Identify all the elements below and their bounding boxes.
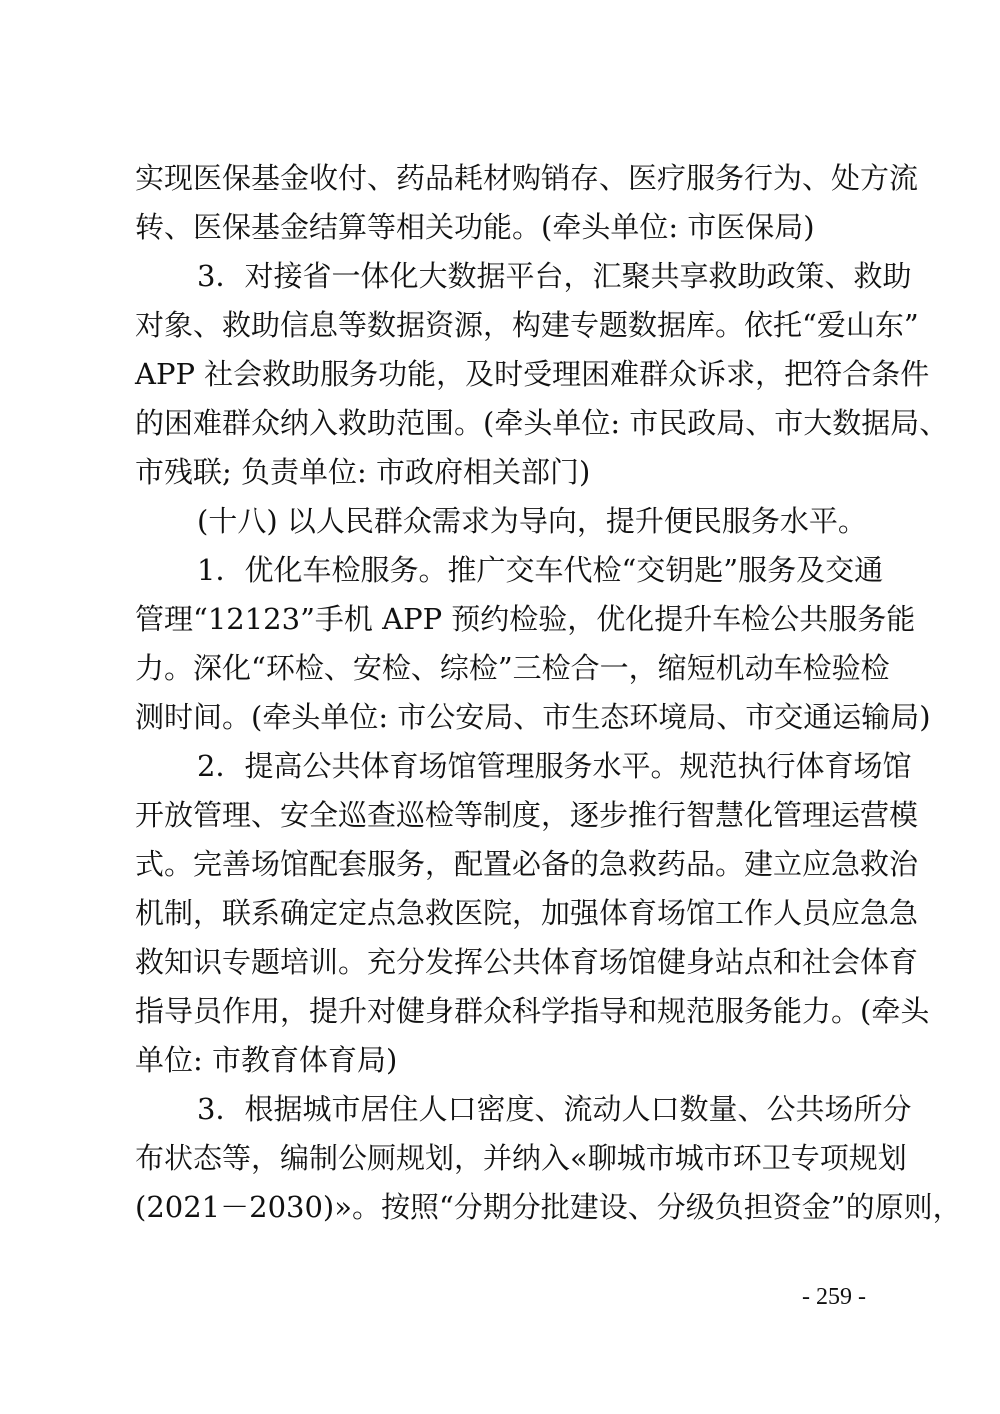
paragraph-line: 转、医保基金结算等相关功能。(牵头单位: 市医保局) bbox=[135, 207, 867, 247]
paragraph-line: 救知识专题培训。充分发挥公共体育场馆健身站点和社会体育 bbox=[135, 942, 867, 982]
paragraph-line: 市残联; 负责单位: 市政府相关部门) bbox=[135, 452, 867, 492]
paragraph-line: 3．对接省一体化大数据平台，汇聚共享救助政策、救助 bbox=[197, 256, 867, 296]
paragraph-line: 1．优化车检服务。推广交车代检“交钥匙”服务及交通 bbox=[197, 550, 867, 590]
paragraph-line: 测时间。(牵头单位: 市公安局、市生态环境局、市交通运输局) bbox=[135, 697, 867, 737]
paragraph-line: 单位: 市教育体育局) bbox=[135, 1040, 867, 1080]
paragraph-line: 2．提高公共体育场馆管理服务水平。规范执行体育场馆 bbox=[197, 746, 867, 786]
paragraph-line: 3．根据城市居住人口密度、流动人口数量、公共场所分 bbox=[197, 1089, 867, 1129]
paragraph-line: 实现医保基金收付、药品耗材购销存、医疗服务行为、处方流 bbox=[135, 158, 867, 198]
paragraph-line: 力。深化“环检、安检、综检”三检合一，缩短机动车检验检 bbox=[135, 648, 867, 688]
paragraph-line: 对象、救助信息等数据资源，构建专题数据库。依托“爱山东” bbox=[135, 305, 867, 345]
paragraph-line: 机制，联系确定定点急救医院，加强体育场馆工作人员应急急 bbox=[135, 893, 867, 933]
page-number: - 259 - bbox=[802, 1284, 866, 1311]
paragraph-line: (2021－2030)»。按照“分期分批建设、分级负担资金”的原则， bbox=[135, 1187, 867, 1227]
paragraph-line: APP 社会救助服务功能，及时受理困难群众诉求，把符合条件 bbox=[135, 354, 867, 394]
paragraph-line: 开放管理、安全巡查巡检等制度，逐步推行智慧化管理运营模 bbox=[135, 795, 867, 835]
paragraph-line: 指导员作用，提升对健身群众科学指导和规范服务能力。(牵头 bbox=[135, 991, 867, 1031]
paragraph-line: 管理“12123”手机 APP 预约检验，优化提升车检公共服务能 bbox=[135, 599, 867, 639]
paragraph-line: 式。完善场馆配套服务，配置必备的急救药品。建立应急救治 bbox=[135, 844, 867, 884]
document-page: 实现医保基金收付、药品耗材购销存、医疗服务行为、处方流 转、医保基金结算等相关功… bbox=[0, 0, 1000, 1414]
paragraph-line: 布状态等，编制公厕规划，并纳入«聊城市城市环卫专项规划 bbox=[135, 1138, 867, 1178]
section-heading: (十八) 以人民群众需求为导向，提升便民服务水平。 bbox=[197, 501, 867, 541]
paragraph-line: 的困难群众纳入救助范围。(牵头单位: 市民政局、市大数据局、 bbox=[135, 403, 867, 443]
